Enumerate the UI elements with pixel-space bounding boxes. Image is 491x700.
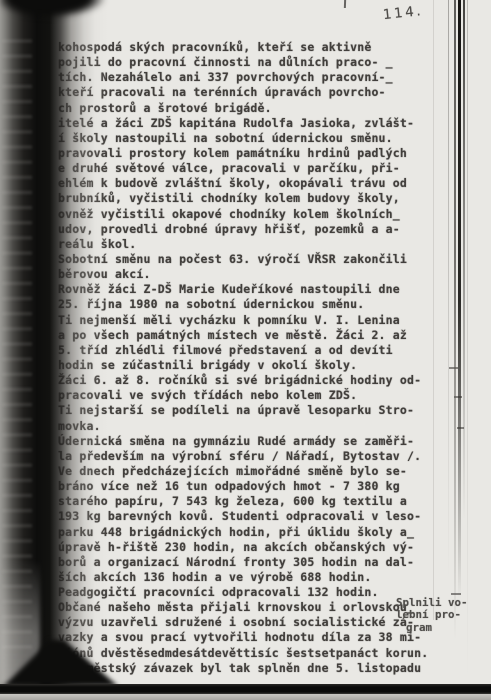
pencil-mark [449, 367, 458, 369]
text-line: Celoměstský závazek byl tak splněn dne 5… [58, 661, 468, 676]
text-line: la především na výrobní sféru / Nářadí, … [58, 449, 468, 464]
text-line: ehlém k budově zvláštní školy, okopávali… [58, 176, 468, 191]
text-line: 193 kg barevných kovů. Studenti odpracov… [58, 509, 468, 524]
pencil-mark [457, 427, 464, 429]
text-line: 25. října 1980 na sobotní údernickou smě… [58, 297, 468, 312]
binding-gutter-top-shadow [0, 0, 140, 30]
text-line: liónů dvěstěsedmdesátdevěttisíc šestsetp… [58, 646, 468, 661]
margin-note-line: gram [396, 622, 468, 634]
margin-note-line: lební pro- [396, 609, 468, 621]
text-line: Ve dnech předcházejících mimořádné směně… [58, 464, 468, 479]
pencil-mark [454, 396, 462, 398]
pencil-mark [451, 593, 461, 595]
text-line: Ti nejstarší se podíleli na úpravě lesop… [58, 403, 468, 418]
text-line: kteří pracovali na terénních úpravách po… [58, 85, 468, 100]
text-line: ších akcích 136 hodin a ve výrobě 688 ho… [58, 570, 468, 585]
text-line: hodin se zúčastnili brigády v okolí škol… [58, 358, 468, 373]
text-line: pojili do pracovní činnosti na důlních p… [58, 55, 468, 70]
margin-note: Splnili vo-lební pro-gram [396, 597, 468, 634]
text-line: a po všech památných místech ve městě. Ž… [58, 328, 468, 343]
text-line: pracovali ve svých třídách nebo kolem ZD… [58, 388, 468, 403]
text-line: parku 448 brigádnických hodin, při úklid… [58, 525, 468, 540]
pencil-tick-mark [344, 0, 346, 8]
text-line: ch prostorů a šrotové brigádě. [58, 101, 468, 116]
text-line: borů a organizací Národní fronty 305 hod… [58, 555, 468, 570]
text-line: Ti nejmenší měli vycházku k pomníku V. I… [58, 313, 468, 328]
text-line: 5. tříd zhlédli filmové představení a od… [58, 343, 468, 358]
text-line: Údernická směna na gymnáziu Rudé armády … [58, 434, 468, 449]
text-line: udov, provedli drobné úpravy hřišť, poze… [58, 222, 468, 237]
text-line: e druhé světové válce, pracovali v parčí… [58, 161, 468, 176]
text-line: í školy nastoupili na sobotní údernickou… [58, 131, 468, 146]
text-line: bráno více než 16 tun odpadových hmot - … [58, 479, 468, 494]
text-line: tích. Nezahálelo ani 337 povrchových pra… [58, 70, 468, 85]
gutter-ghost-marks [2, 30, 32, 650]
text-line: starého papíru, 7 543 kg železa, 600 kg … [58, 494, 468, 509]
book-bottom-edge [0, 684, 491, 694]
text-line: pravovali prostory kolem památníku hrdin… [58, 146, 468, 161]
text-line: Žáci 6. až 8. ročníků si své brigádnické… [58, 373, 468, 388]
text-line: Rovněž žáci Z-DŠ Marie Kudeříkové nastou… [58, 282, 468, 297]
text-line: běrovou akcí. [58, 267, 468, 282]
gutter-bottom-highlight [0, 560, 40, 684]
table-surface [0, 694, 491, 700]
typewritten-text: kohospodá ských pracovníků, kteří se akt… [58, 40, 468, 676]
text-line: Sobotní směnu na počest 63. výročí VŘSR … [58, 252, 468, 267]
page-number-handwritten: 114. [382, 3, 424, 23]
text-line: movka. [58, 419, 468, 434]
text-line: ovněž vyčistili okapové chodníky kolem š… [58, 207, 468, 222]
text-line: itelé a žáci ZDŠ kapitána Rudolfa Jasiok… [58, 116, 468, 131]
text-line: úpravě h-řiště 230 hodin, na akcích obča… [58, 540, 468, 555]
text-line: brubníků, vyčistili chodníky kolem budov… [58, 191, 468, 206]
scanned-book-page: kohospodá ských pracovníků, kteří se akt… [0, 0, 491, 700]
text-line: kohospodá ských pracovníků, kteří se akt… [58, 40, 468, 55]
text-line: reálu škol. [58, 237, 468, 252]
